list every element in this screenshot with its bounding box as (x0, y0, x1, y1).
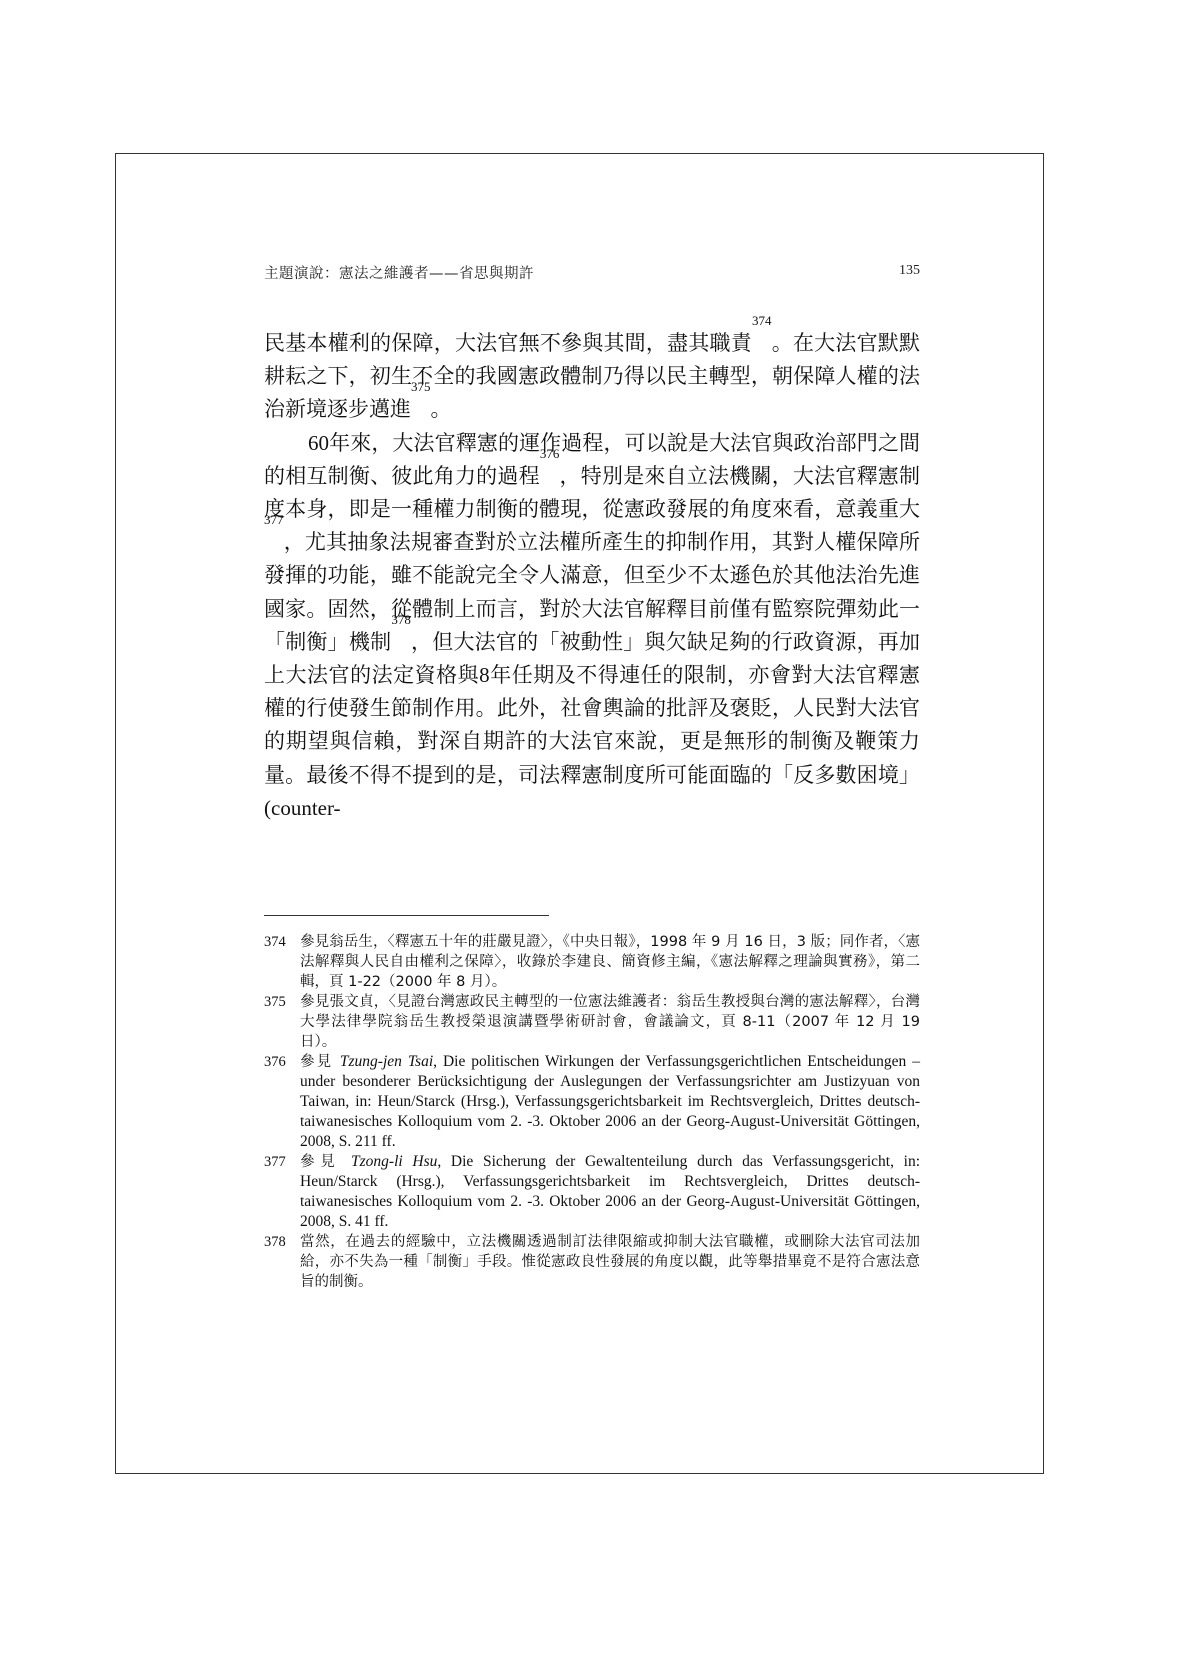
footnote-author: Tzong-li Hsu (351, 1153, 437, 1170)
footnote-376: 376 參見 Tzung-jen Tsai, Die politischen W… (264, 1052, 920, 1152)
paragraph-1: 民基本權利的保障，大法官無不參與其間，盡其職責374。在大法官默默耕耘之下，初生… (264, 327, 920, 427)
footnote-separator (264, 915, 549, 916)
footnote-text: 參見翁岳生，〈釋憲五十年的莊嚴見證〉，《中央日報》，1998 年 9 月 16 … (300, 934, 920, 990)
text-segment: 。 (431, 397, 452, 421)
footnote-number: 374 (264, 932, 286, 952)
footnote-number: 376 (264, 1052, 286, 1072)
text-segment: 民基本權利的保障，大法官無不參與其間，盡其職責 (264, 331, 752, 355)
footnote-378: 378 當然，在過去的經驗中，立法機關透過制訂法律限縮或抑制大法官職權，或刪除大… (264, 1232, 920, 1292)
footnote-number: 377 (264, 1152, 286, 1172)
number-8: 8 (479, 663, 490, 687)
number-60: 60 (308, 431, 329, 455)
running-head-title: 主題演說：憲法之維護者——省思與期許 (264, 262, 534, 283)
footnote-author: Tzung-jen Tsai (340, 1053, 433, 1070)
body-text: 民基本權利的保障，大法官無不參與其間，盡其職責374。在大法官默默耕耘之下，初生… (264, 327, 920, 825)
footnote-prefix: 參見 (300, 1054, 340, 1070)
footnote-prefix: 參見 (300, 1154, 351, 1170)
footnote-text: 當然，在過去的經驗中，立法機關透過制訂法律限縮或抑制大法官職權，或刪除大法官司法… (300, 1234, 920, 1290)
footnote-ref-378[interactable]: 378 (391, 612, 411, 627)
footnote-377: 377 參見 Tzong-li Hsu, Die Sicherung der G… (264, 1152, 920, 1232)
footnote-number: 378 (264, 1232, 286, 1252)
footnote-ref-375[interactable]: 375 (411, 379, 431, 394)
footnote-374: 374 參見翁岳生，〈釋憲五十年的莊嚴見證〉，《中央日報》，1998 年 9 月… (264, 932, 920, 992)
footnote-ref-374[interactable]: 374 (752, 313, 772, 328)
footnote-text: 參見張文貞，〈見證台灣憲政民主轉型的一位憲法維護者：翁岳生教授與台灣的憲法解釋〉… (300, 994, 920, 1050)
footnotes: 374 參見翁岳生，〈釋憲五十年的莊嚴見證〉，《中央日報》，1998 年 9 月… (264, 932, 920, 1292)
text-segment-latin: (counter- (264, 796, 341, 820)
footnote-number: 375 (264, 992, 286, 1012)
footnote-ref-376[interactable]: 376 (540, 446, 560, 461)
paragraph-2: 60年來，大法官釋憲的運作過程，可以說是大法官與政治部門之間的相互制衡、彼此角力… (264, 427, 920, 825)
footnote-ref-377[interactable]: 377 (264, 512, 284, 527)
page-number: 135 (899, 263, 920, 279)
footnote-375: 375 參見張文貞，〈見證台灣憲政民主轉型的一位憲法維護者：翁岳生教授與台灣的憲… (264, 992, 920, 1052)
